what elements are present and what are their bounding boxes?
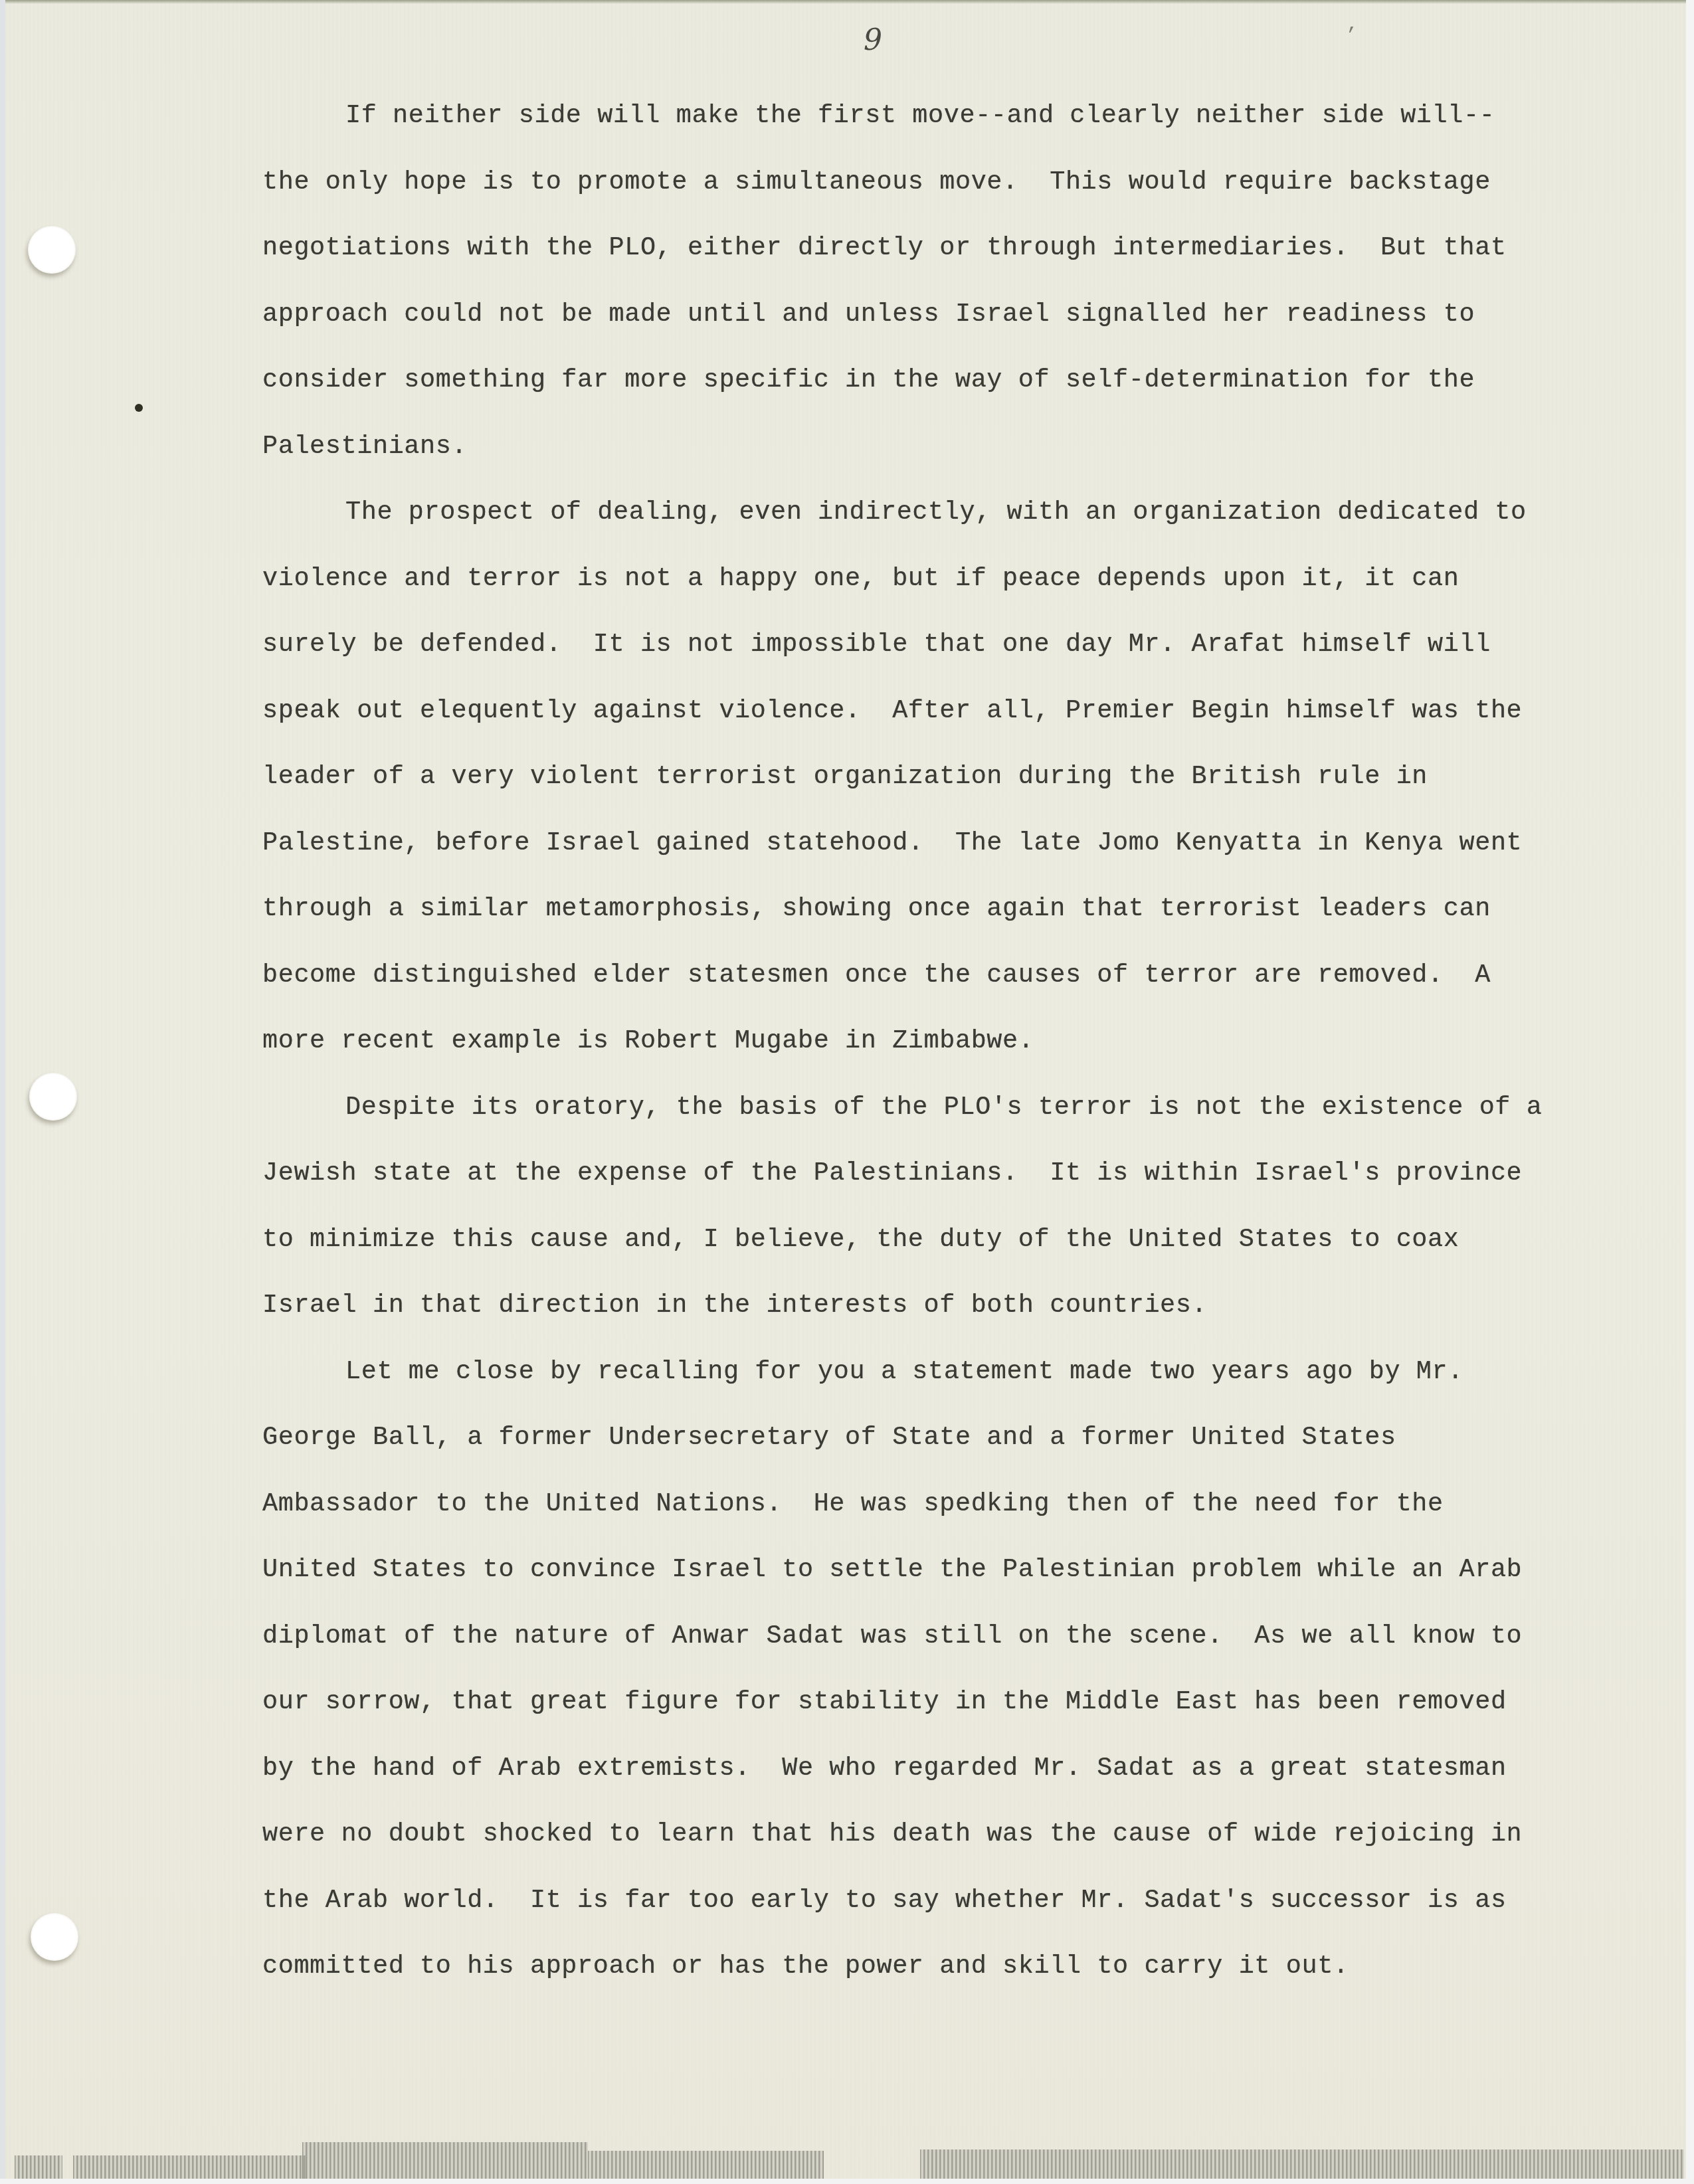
page-bottom-edge [0, 2179, 1694, 2184]
text-line: United States to convince Israel to sett… [262, 1546, 1624, 1612]
page-left-edge [0, 0, 5, 2184]
text-line: consider something far more specific in … [262, 356, 1624, 422]
text-line: diplomat of the nature of Anwar Sadat wa… [262, 1612, 1624, 1679]
punch-hole-middle [29, 1073, 77, 1121]
text-line: approach could not be made until and unl… [262, 290, 1624, 357]
text-line: negotiations with the PLO, either direct… [262, 224, 1624, 290]
text-line: the Arab world. It is far too early to s… [262, 1876, 1624, 1943]
punch-hole-top [28, 226, 76, 274]
text-line: were no doubt shocked to learn that his … [262, 1810, 1624, 1876]
text-line: through a similar metamorphosis, showing… [262, 885, 1624, 951]
corner-mark: ’ [1345, 25, 1357, 48]
paragraph-3: Despite its oratory, the basis of the PL… [262, 1083, 1624, 1348]
page-top-edge [0, 0, 1694, 4]
body-text: If neither side will make the first move… [262, 92, 1624, 2009]
paragraph-2: The prospect of dealing, even indirectly… [262, 488, 1624, 1083]
text-line: more recent example is Robert Mugabe in … [262, 1017, 1624, 1083]
text-line: Let me close by recalling for you a stat… [262, 1348, 1624, 1414]
text-line: by the hand of Arab extremists. We who r… [262, 1744, 1624, 1811]
text-line: George Ball, a former Undersecretary of … [262, 1413, 1624, 1480]
text-line: Palestine, before Israel gained statehoo… [262, 819, 1624, 885]
text-line: Ambassador to the United Nations. He was… [262, 1480, 1624, 1546]
text-line: The prospect of dealing, even indirectly… [262, 488, 1624, 555]
copier-noise [302, 2142, 588, 2179]
text-line: committed to his approach or has the pow… [262, 1942, 1624, 2009]
copier-noise [15, 2155, 62, 2179]
copier-noise [920, 2149, 1684, 2179]
text-line: our sorrow, that great figure for stabil… [262, 1678, 1624, 1744]
text-line: Jewish state at the expense of the Pales… [262, 1149, 1624, 1216]
text-line: surely be defended. It is not impossible… [262, 620, 1624, 687]
punch-hole-bottom [31, 1913, 78, 1961]
text-line: violence and terror is not a happy one, … [262, 555, 1624, 621]
text-line: speak out elequently against violence. A… [262, 687, 1624, 753]
copier-noise [588, 2151, 824, 2179]
text-line: If neither side will make the first move… [262, 92, 1624, 158]
page-number: 9 [864, 23, 882, 57]
text-line: become distinguished elder statesmen onc… [262, 951, 1624, 1018]
text-line: the only hope is to promote a simultaneo… [262, 158, 1624, 225]
text-line: leader of a very violent terrorist organ… [262, 753, 1624, 819]
page-right-edge [1686, 0, 1694, 2184]
text-line: to minimize this cause and, I believe, t… [262, 1216, 1624, 1282]
text-line: Palestinians. [262, 422, 1624, 489]
text-line: Israel in that direction in the interest… [262, 1281, 1624, 1348]
text-line: Despite its oratory, the basis of the PL… [262, 1083, 1624, 1150]
document-page: 9 ’ If neither side will make the first … [0, 0, 1694, 2184]
copier-noise [73, 2155, 306, 2179]
ink-speck [135, 404, 143, 412]
paragraph-1: If neither side will make the first move… [262, 92, 1624, 488]
paragraph-4: Let me close by recalling for you a stat… [262, 1348, 1624, 2009]
